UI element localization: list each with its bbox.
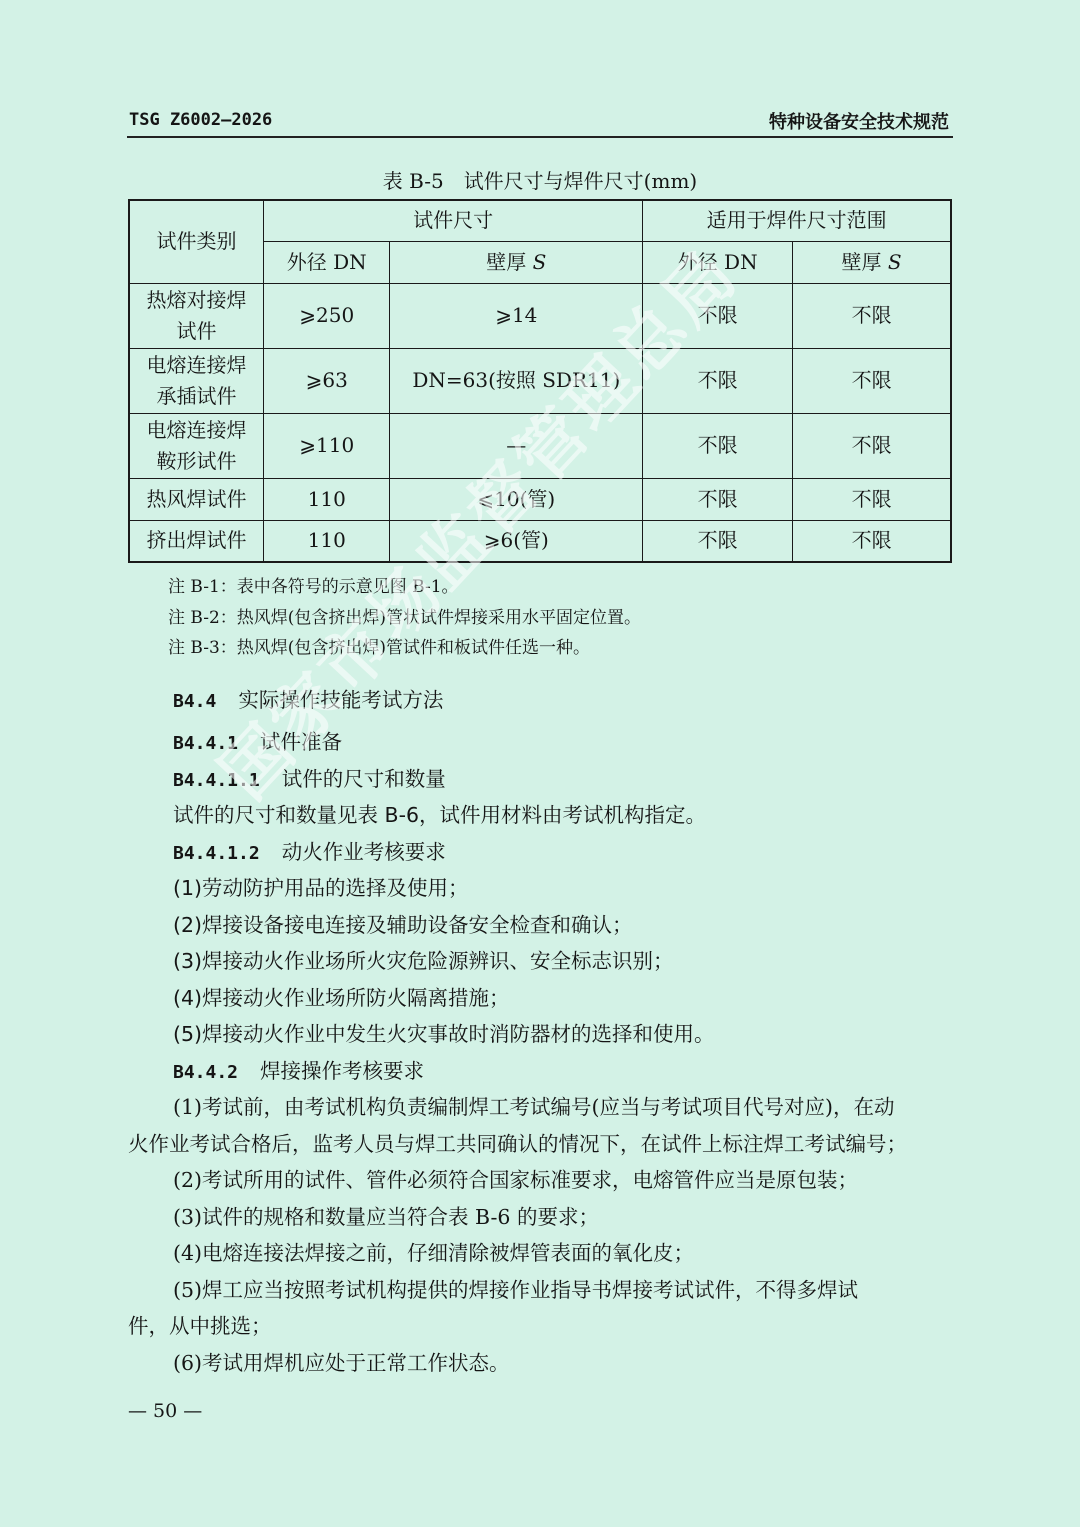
category-line1: 电熔连接焊: [147, 418, 247, 442]
cell-wall: ⩾14: [390, 283, 643, 348]
weld-item-1-line1: (1)考试前，由考试机构负责编制焊工考试编号(应当与考试项目代号对应)，在动: [128, 1089, 954, 1126]
table-caption-id: 表 B-5: [383, 169, 444, 193]
note-b3: 注 B-3：热风焊(包含挤出焊)管试件和板试件任选一种。: [168, 633, 641, 664]
page-header: TSG Z6002—2026 特种设备安全技术规范: [127, 108, 953, 138]
category-line2: 鞍形试件: [157, 449, 237, 473]
table-row: 电熔连接焊鞍形试件 ⩾110 — 不限 不限: [129, 413, 951, 478]
cell-range-od: 不限: [643, 283, 793, 348]
weld-item-5-line2: 件，从中挑选；: [128, 1308, 954, 1345]
table-row: 电熔连接焊承插试件 ⩾63 DN=63(按照 SDR11) 不限 不限: [129, 348, 951, 413]
cell-od: ⩾110: [264, 413, 390, 478]
table-header-row: 试件类别 试件尺寸 适用于焊件尺寸范围: [129, 200, 951, 241]
note-b1: 注 B-1：表中各符号的示意见图 B-1。: [168, 572, 641, 603]
table-row: 热熔对接焊试件 ⩾250 ⩾14 不限 不限: [129, 283, 951, 348]
weld-item-2: (2)考试所用的试件、管件必须符合国家标准要求，电熔管件应当是原包装；: [128, 1162, 954, 1199]
section-heading-b4411: B4.4.1.1试件的尺寸和数量: [128, 761, 954, 798]
section-heading-b442: B4.4.2焊接操作考核要求: [128, 1053, 954, 1090]
cell-od: ⩾250: [264, 283, 390, 348]
cell-range-wall: 不限: [793, 283, 951, 348]
section-number: B4.4.1.1: [173, 763, 260, 799]
category-line1: 电熔连接焊: [147, 353, 247, 377]
section-title: 试件的尺寸和数量: [282, 767, 446, 791]
fire-item: (2)焊接设备接电连接及辅助设备安全检查和确认；: [128, 907, 954, 944]
fire-item: (5)焊接动火作业中发生火灾事故时消防器材的选择和使用。: [128, 1016, 954, 1053]
cell-range-od: 不限: [643, 413, 793, 478]
header-range-od: 外径 DN: [643, 241, 793, 283]
section-title: 试件准备: [260, 730, 342, 754]
table-notes: 注 B-1：表中各符号的示意见图 B-1。 注 B-2：热风焊(包含挤出焊)管状…: [168, 572, 641, 664]
cell-od: ⩾63: [264, 348, 390, 413]
category-line2: 试件: [177, 319, 217, 343]
cell-category: 电熔连接焊鞍形试件: [129, 413, 264, 478]
cell-wall: —: [390, 413, 643, 478]
table-caption: 表 B-5试件尺寸与焊件尺寸(mm): [0, 165, 1080, 194]
section-title: 焊接操作考核要求: [260, 1059, 424, 1083]
cell-wall: DN=63(按照 SDR11): [390, 348, 643, 413]
category-line1: 热熔对接焊: [147, 288, 247, 312]
header-od: 外径 DN: [264, 241, 390, 283]
category-line2: 承插试件: [157, 384, 237, 408]
cell-category: 热熔对接焊试件: [129, 283, 264, 348]
cell-wall: ⩾6(管): [390, 520, 643, 562]
section-title: 实际操作技能考试方法: [238, 688, 443, 712]
weld-item-4: (4)电熔连接法焊接之前，仔细清除被焊管表面的氧化皮；: [128, 1235, 954, 1272]
cell-range-wall: 不限: [793, 348, 951, 413]
header-wall-label: 壁厚: [486, 250, 526, 274]
section-heading-b441: B4.4.1试件准备: [128, 724, 954, 761]
section-number: B4.4.1: [173, 726, 238, 762]
cell-range-wall: 不限: [793, 478, 951, 520]
document-code: TSG Z6002—2026: [129, 110, 272, 130]
cell-category: 挤出焊试件: [129, 520, 264, 562]
header-range-wall-symbol: S: [888, 250, 902, 274]
cell-range-od: 不限: [643, 348, 793, 413]
weld-item-6: (6)考试用焊机应处于正常工作状态。: [128, 1345, 954, 1382]
series-title: 特种设备安全技术规范: [769, 108, 949, 134]
cell-od: 110: [264, 520, 390, 562]
cell-category: 热风焊试件: [129, 478, 264, 520]
cell-od: 110: [264, 478, 390, 520]
fire-item: (4)焊接动火作业场所防火隔离措施；: [128, 980, 954, 1017]
cell-wall: ⩽10(管): [390, 478, 643, 520]
table-row: 挤出焊试件 110 ⩾6(管) 不限 不限: [129, 520, 951, 562]
header-specimen-size: 试件尺寸: [264, 200, 643, 241]
fire-item: (3)焊接动火作业场所火灾危险源辨识、安全标志识别；: [128, 943, 954, 980]
fire-item: (1)劳动防护用品的选择及使用；: [128, 870, 954, 907]
note-b2: 注 B-2：热风焊(包含挤出焊)管状试件焊接采用水平固定位置。: [168, 603, 641, 634]
body-text: B4.4实际操作技能考试方法 B4.4.1试件准备 B4.4.1.1试件的尺寸和…: [128, 682, 954, 1381]
section-heading-b4412: B4.4.1.2动火作业考核要求: [128, 834, 954, 871]
weld-item-1-line2: 火作业考试合格后，监考人员与焊工共同确认的情况下，在试件上标注焊工考试编号；: [128, 1126, 954, 1163]
header-range-wall: 壁厚 S: [793, 241, 951, 283]
header-wall: 壁厚 S: [390, 241, 643, 283]
cell-range-wall: 不限: [793, 520, 951, 562]
paragraph-b4411: 试件的尺寸和数量见表 B-6，试件用材料由考试机构指定。: [128, 797, 954, 834]
header-wall-symbol: S: [533, 250, 547, 274]
table-row: 热风焊试件 110 ⩽10(管) 不限 不限: [129, 478, 951, 520]
weld-item-5-line1: (5)焊工应当按照考试机构提供的焊接作业指导书焊接考试试件，不得多焊试: [128, 1272, 954, 1309]
cell-range-wall: 不限: [793, 413, 951, 478]
cell-category: 电熔连接焊承插试件: [129, 348, 264, 413]
weld-item-3: (3)试件的规格和数量应当符合表 B-6 的要求；: [128, 1199, 954, 1236]
cell-range-od: 不限: [643, 520, 793, 562]
header-category: 试件类别: [129, 200, 264, 283]
table-caption-title: 试件尺寸与焊件尺寸(mm): [464, 169, 698, 193]
section-title: 动火作业考核要求: [282, 840, 446, 864]
page-number: — 50 —: [128, 1400, 202, 1422]
section-heading-b44: B4.4实际操作技能考试方法: [128, 682, 954, 724]
section-number: B4.4.2: [173, 1055, 238, 1091]
section-number: B4.4: [173, 684, 216, 720]
cell-range-od: 不限: [643, 478, 793, 520]
section-number: B4.4.1.2: [173, 836, 260, 872]
header-applicable-range: 适用于焊件尺寸范围: [643, 200, 951, 241]
specimen-size-table: 试件类别 试件尺寸 适用于焊件尺寸范围 外径 DN 壁厚 S 外径 DN 壁厚 …: [128, 199, 952, 563]
header-range-wall-label: 壁厚: [842, 250, 882, 274]
